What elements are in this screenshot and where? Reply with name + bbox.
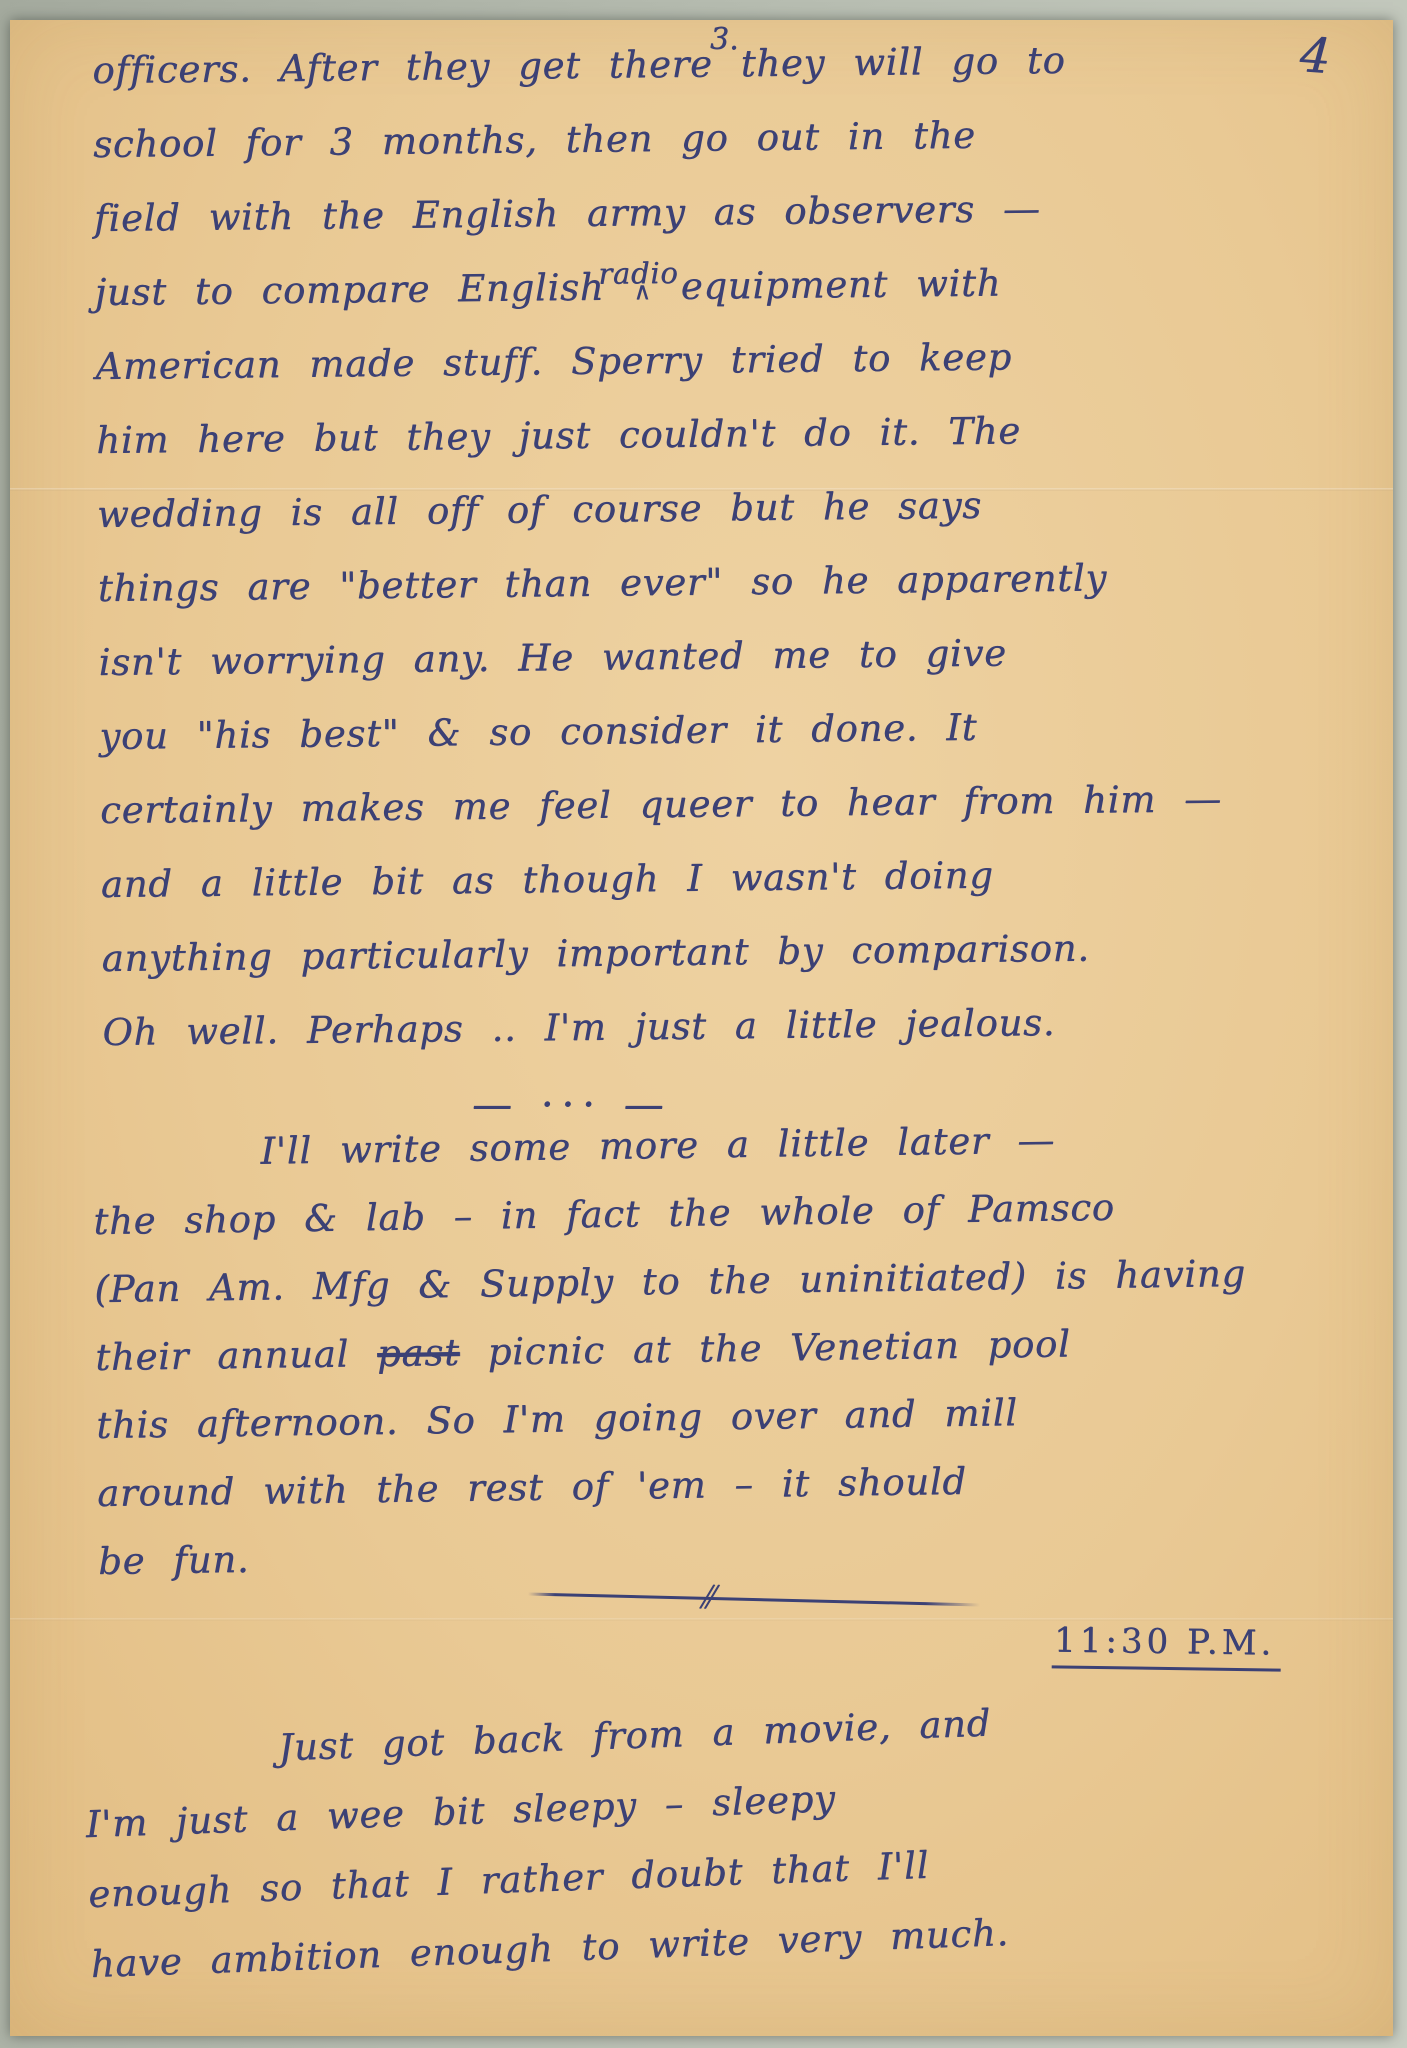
line-text-before-insertion: just to compare English	[94, 266, 604, 314]
paragraph-2: I'll write some more a little later — th…	[92, 1102, 1379, 1596]
paper-crease	[10, 1618, 1393, 1621]
handwritten-line: certainly makes me feel queer to hear fr…	[100, 761, 1381, 848]
handwritten-line: and a little bit as though I wasn't doin…	[101, 835, 1382, 922]
handwritten-line: anything particularly important by compa…	[101, 909, 1382, 996]
line-text-before-strikeout: their annual	[95, 1332, 349, 1379]
letter-page: 3. 4 officers. After they get there they…	[10, 20, 1393, 2036]
paragraph-3: Just got back from a movie, and I'm just…	[82, 1675, 1371, 2000]
struck-out-word: past	[377, 1331, 460, 1375]
handwritten-line: officers. After they get there they will…	[92, 21, 1373, 108]
handwritten-line-with-insertion: just to compare English ∧ radio equipmen…	[94, 243, 1375, 330]
handwritten-line: you "his best" & so consider it done. It	[99, 687, 1380, 774]
handwritten-line: wedding is all off of course but he says	[97, 465, 1378, 552]
insertion-point: ∧ radio	[632, 250, 653, 328]
section-divider-line: ⫽	[528, 1592, 980, 1606]
handwritten-line: American made stuff. Sperry tried to kee…	[95, 317, 1376, 404]
inserted-word: radio	[598, 259, 678, 289]
handwritten-line: him here but they just couldn't do it. T…	[96, 391, 1377, 478]
handwritten-line: isn't worrying any. He wanted me to give	[98, 613, 1379, 700]
line-text-after-insertion: equipment with	[681, 261, 1002, 307]
time-heading: 11:30 P.M.	[1052, 1620, 1282, 1671]
handwritten-line: things are "better than ever" so he appa…	[97, 539, 1378, 626]
handwritten-line: Oh well. Perhaps .. I'm just a little je…	[102, 983, 1383, 1070]
handwritten-line: school for 3 months, then go out in the	[93, 95, 1374, 182]
paragraph-1: officers. After they get there they will…	[92, 21, 1383, 1070]
divider-hash-mark: ⫽	[699, 1578, 714, 1617]
line-text-after-strikeout: picnic at the Venetian pool	[487, 1322, 1070, 1373]
handwritten-line: field with the English army as observers…	[94, 169, 1375, 256]
